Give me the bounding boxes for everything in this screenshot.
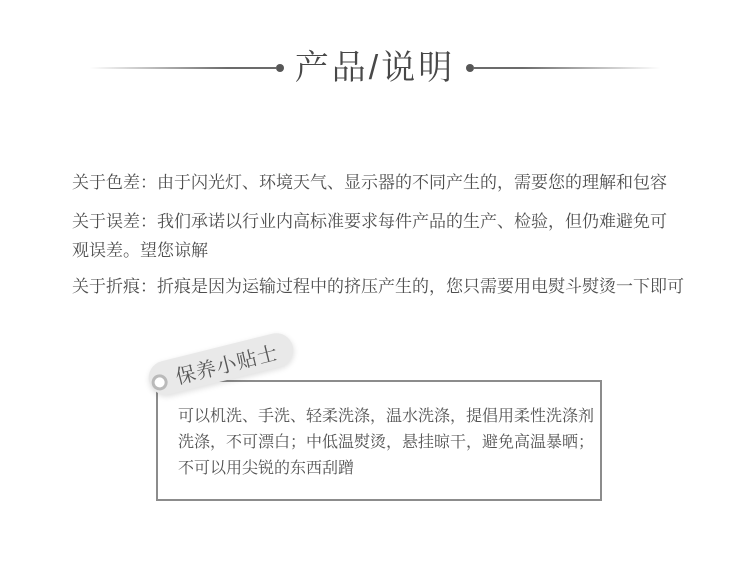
section-title: 产品/说明	[295, 51, 455, 85]
care-tip-line: 洗涤，不可漂白；中低温熨烫，悬挂晾干，避免高温暴晒；	[178, 430, 580, 456]
product-description-page: 产品/说明 关于色差：由于闪光灯、环境天气、显示器的不同产生的，需要您的理解和包…	[0, 0, 750, 581]
care-tip-line: 可以机洗、手洗、轻柔洗涤，温水洗涤，提倡用柔性洗涤剂	[178, 404, 580, 430]
divider-line-left	[82, 67, 276, 69]
divider-dot-right-icon	[466, 64, 474, 72]
note-measurement-error: 关于误差：我们承诺以行业内高标准要求每件产品的生产、检验，但仍难避免可 观误差。…	[72, 207, 692, 265]
product-notes: 关于色差：由于闪光灯、环境天气、显示器的不同产生的，需要您的理解和包容 关于误差…	[72, 168, 692, 301]
note-line: 关于色差：由于闪光灯、环境天气、显示器的不同产生的，需要您的理解和包容	[72, 168, 692, 197]
divider-line-right	[474, 67, 668, 69]
note-line: 观误差。望您谅解	[72, 236, 692, 265]
care-tip-line: 不可以用尖锐的东西刮蹭	[178, 456, 580, 482]
divider-dot-left-icon	[276, 64, 284, 72]
note-line: 关于折痕：折痕是因为运输过程中的挤压产生的，您只需要用电熨斗熨烫一下即可	[72, 272, 692, 301]
care-tips-box: 可以机洗、手洗、轻柔洗涤，温水洗涤，提倡用柔性洗涤剂 洗涤，不可漂白；中低温熨烫…	[156, 380, 602, 501]
note-color-difference: 关于色差：由于闪光灯、环境天气、显示器的不同产生的，需要您的理解和包容	[72, 168, 692, 197]
note-crease: 关于折痕：折痕是因为运输过程中的挤压产生的，您只需要用电熨斗熨烫一下即可	[72, 272, 692, 301]
note-line: 关于误差：我们承诺以行业内高标准要求每件产品的生产、检验，但仍难避免可	[72, 207, 692, 236]
section-header: 产品/说明	[0, 42, 750, 94]
